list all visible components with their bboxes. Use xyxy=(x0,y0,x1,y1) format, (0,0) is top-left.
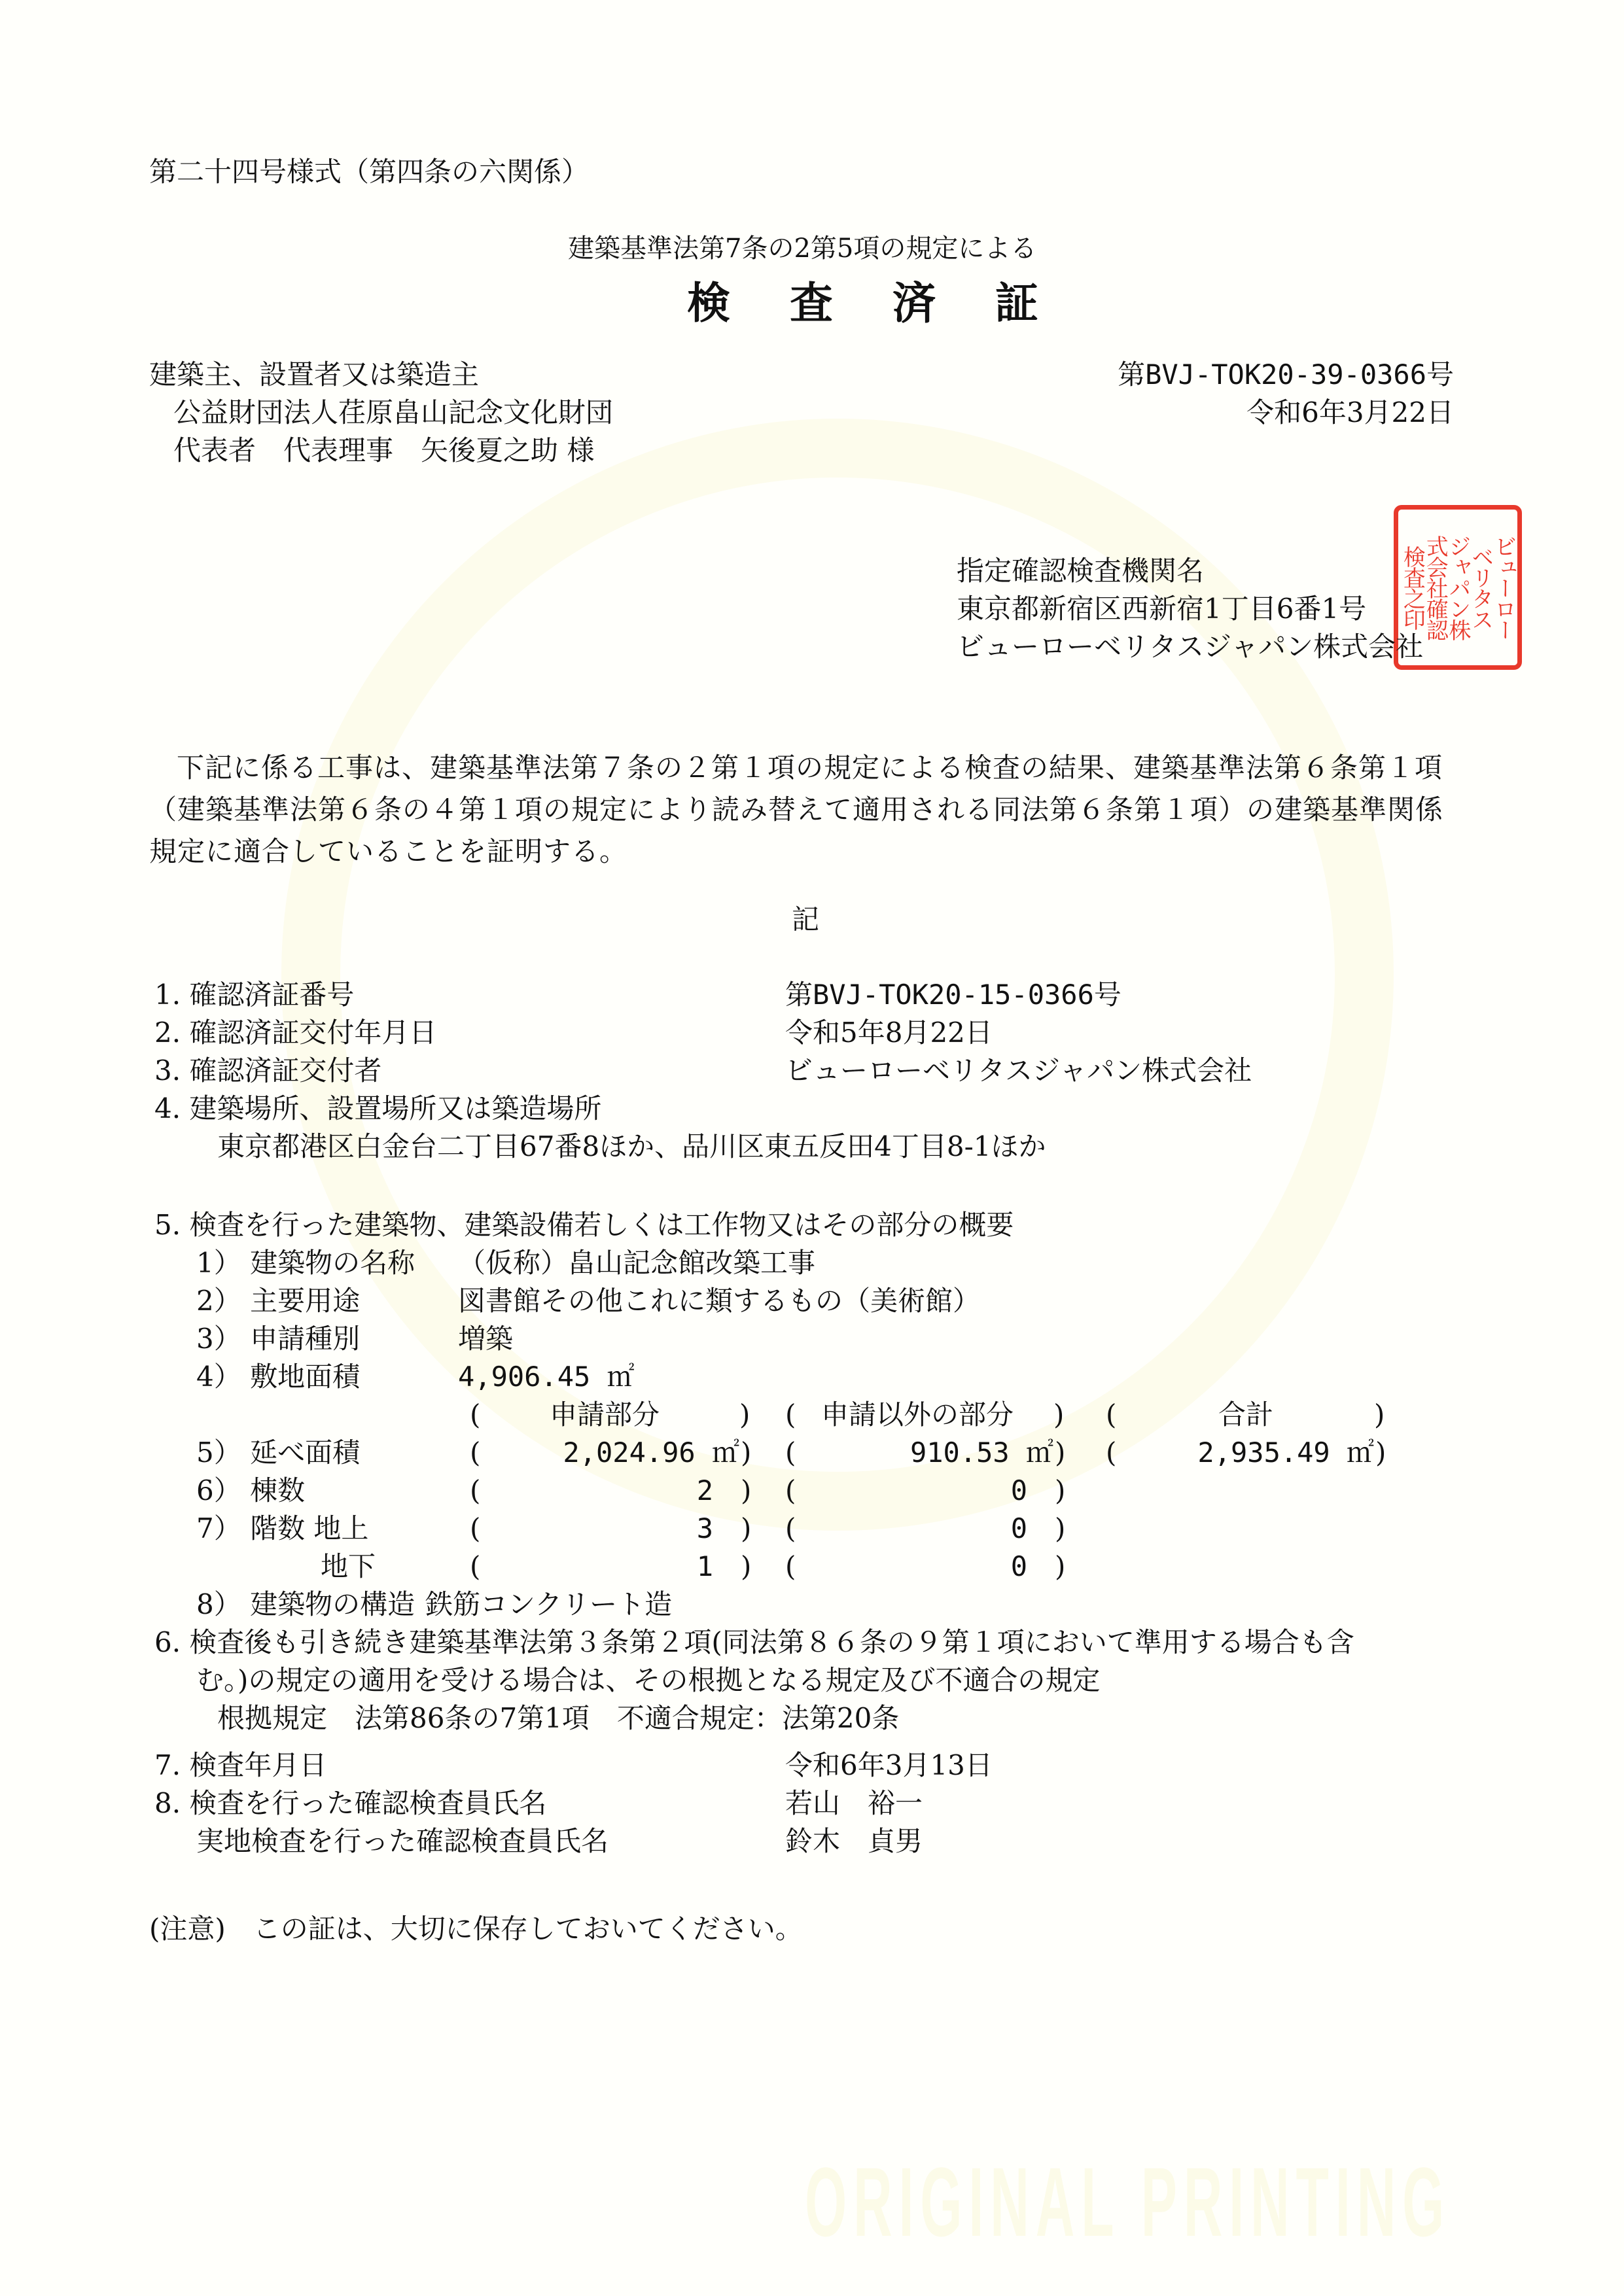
floors-below-other: 0 xyxy=(811,1553,1027,1580)
issuer-name: ビューローベリタスジャパン株式会社 xyxy=(957,633,1423,661)
seal-text-col: ジャパン株 xyxy=(1447,516,1469,659)
paren-open: ( xyxy=(785,1553,796,1580)
item-2-value: 令和5年8月22日 xyxy=(785,1019,993,1047)
issuer-address: 東京都新宿区西新宿1丁目6番1号 xyxy=(957,595,1366,623)
floors-below-applied: 1 xyxy=(497,1553,713,1580)
col-header-total: 合計 xyxy=(1218,1401,1273,1429)
site-area-value: 4,906.45 ㎡ xyxy=(458,1363,635,1391)
paren-close: ) xyxy=(1053,1401,1064,1429)
item-2-label: 2. 確認済証交付年月日 xyxy=(154,1019,436,1047)
seal-text-col: ベリタス xyxy=(1470,516,1492,659)
paren-close: ) xyxy=(1055,1439,1065,1467)
paren-open: ( xyxy=(785,1477,796,1505)
paren-close: ) xyxy=(741,1553,751,1580)
item-1-value: 第BVJ-TOK20-15-0366号 xyxy=(785,981,1121,1009)
paren-open: ( xyxy=(1106,1401,1116,1429)
buildings-applied: 2 xyxy=(497,1477,713,1505)
paren-open: ( xyxy=(470,1515,480,1542)
watermark-emblem xyxy=(281,419,1394,1531)
paren-close: ) xyxy=(1055,1553,1065,1580)
item-6-basis: 根拠規定 法第86条の7第1項 不適合規定：法第20条 xyxy=(217,1705,899,1732)
item-1-label: 1. 確認済証番号 xyxy=(154,981,354,1009)
floors-above-applied: 3 xyxy=(497,1515,713,1542)
floors-above-label: 7） 階数 地上 xyxy=(196,1515,368,1542)
paren-open: ( xyxy=(470,1401,480,1429)
floor-area-label: 5） 延べ面積 xyxy=(196,1439,360,1467)
seal-text-col: ビューロー xyxy=(1492,516,1515,659)
paren-close: ) xyxy=(1055,1477,1065,1505)
ki-heading: 記 xyxy=(792,906,819,933)
floor-area-applied: 2,024.96 ㎡ xyxy=(497,1439,739,1467)
buildings-label: 6） 棟数 xyxy=(196,1477,305,1505)
paren-open: ( xyxy=(785,1439,796,1467)
paren-open: ( xyxy=(785,1515,796,1542)
paren-open: ( xyxy=(470,1439,480,1467)
item-4-label: 4. 建築場所、設置場所又は築造場所 xyxy=(154,1095,601,1122)
form-label: 第二十四号様式（第四条の六関係） xyxy=(149,158,589,186)
paren-open: ( xyxy=(785,1401,796,1429)
paren-close: ) xyxy=(741,1515,751,1542)
item-8-sub-value: 鈴木 貞男 xyxy=(785,1828,923,1855)
note: (注意) この証は、大切に保存しておいてください。 xyxy=(149,1915,803,1943)
item-8-value: 若山 裕一 xyxy=(785,1790,923,1817)
item-6-line2: む。)の規定の適用を受ける場合は、その根拠となる規定及び不適合の規定 xyxy=(196,1667,1100,1694)
paren-close: ) xyxy=(739,1401,750,1429)
seal-text-col: 式会社確認 xyxy=(1424,516,1446,659)
floor-area-total: 2,935.49 ㎡ xyxy=(1132,1439,1374,1467)
paren-close: ) xyxy=(1055,1515,1065,1542)
owner-representative: 代表者 代表理事 矢後夏之助 様 xyxy=(173,437,594,464)
paren-close: ) xyxy=(1374,1401,1385,1429)
site-area-label: 4） 敷地面積 xyxy=(196,1363,360,1391)
paren-close: ) xyxy=(1375,1439,1386,1467)
watermark-text: ORIGINAL PRINTING xyxy=(805,2146,1451,2259)
item-7-label: 7. 検査年月日 xyxy=(154,1752,327,1779)
buildings-other: 0 xyxy=(811,1477,1027,1505)
certificate-date: 令和6年3月22日 xyxy=(1246,399,1454,426)
certificate-number: 第BVJ-TOK20-39-0366号 xyxy=(1118,361,1454,389)
structure-value: 鉄筋コンクリート造 xyxy=(425,1591,672,1618)
paren-close: ) xyxy=(741,1439,751,1467)
document-title: 検 査 済 証 xyxy=(687,268,1061,330)
item-3-label: 3. 確認済証交付者 xyxy=(154,1057,381,1085)
owner-label: 建築主、設置者又は築造主 xyxy=(149,361,479,389)
paren-close: ) xyxy=(741,1477,751,1505)
item-3-value: ビューローベリタスジャパン株式会社 xyxy=(785,1057,1252,1085)
owner-organization: 公益財団法人荏原畠山記念文化財団 xyxy=(173,399,613,426)
floors-above-other: 0 xyxy=(811,1515,1027,1542)
item-7-value: 令和6年3月13日 xyxy=(785,1752,993,1779)
item-4-value: 東京都港区白金台二丁目67番8ほか、品川区東五反田4丁目8-1ほか xyxy=(217,1133,1046,1160)
certification-statement: 下記に係る工事は、建築基準法第７条の２第１項の規定による検査の結果、建築基準法第… xyxy=(149,747,1471,873)
floors-below-label: 地下 xyxy=(321,1553,376,1580)
col-header-other: 申請以外の部分 xyxy=(821,1401,1014,1429)
main-use-label: 2） 主要用途 xyxy=(196,1287,360,1315)
paren-open: ( xyxy=(470,1553,480,1580)
application-type-value: 増築 xyxy=(458,1325,513,1353)
item-6-line1: 6. 検査後も引き続き建築基準法第３条第２項(同法第８６条の９第１項において準用… xyxy=(154,1629,1354,1656)
col-header-applied: 申請部分 xyxy=(550,1401,660,1429)
main-use-value: 図書館その他これに類するもの（美術館） xyxy=(458,1287,980,1315)
application-type-label: 3） 申請種別 xyxy=(196,1325,360,1353)
structure-label: 8） 建築物の構造 xyxy=(196,1591,415,1618)
legal-basis: 建築基準法第7条の2第5項の規定による xyxy=(568,235,1036,262)
item-8-label: 8. 検査を行った確認検査員氏名 xyxy=(154,1790,546,1817)
building-name-label: 1） 建築物の名称 xyxy=(196,1249,415,1277)
building-name-value: （仮称）畠山記念館改築工事 xyxy=(458,1249,815,1277)
paren-open: ( xyxy=(1106,1439,1116,1467)
issuer-label: 指定確認検査機関名 xyxy=(957,557,1204,585)
paren-open: ( xyxy=(470,1477,480,1505)
item-5-label: 5. 検査を行った建築物、建築設備若しくは工作物又はその部分の概要 xyxy=(154,1211,1014,1239)
floor-area-other: 910.53 ㎡ xyxy=(811,1439,1053,1467)
item-8-sub-label: 実地検査を行った確認検査員氏名 xyxy=(196,1828,609,1855)
